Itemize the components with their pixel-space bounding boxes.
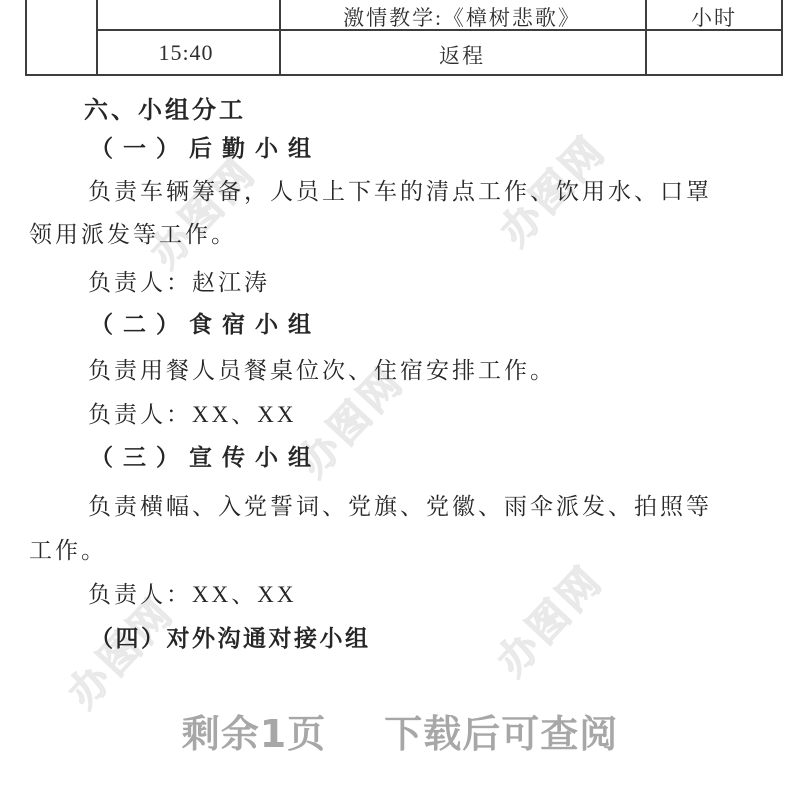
subheading-group-4: （四）对外沟通对接小组 xyxy=(90,620,371,653)
preview-footer-banner: 剩余1页 下载后可查阅 xyxy=(0,703,800,758)
body-line: 领用派发等工作。 xyxy=(29,216,237,249)
table-border-bottom xyxy=(25,74,783,76)
document-preview-page: 办图网 办图网 办图网 办图网 办图网 激情教学:《樟树悲歌》 小时 15:40… xyxy=(0,0,800,800)
table-border-vertical xyxy=(25,0,27,76)
body-line: 负责车辆筹备，人员上下车的清点工作、饮用水、口罩 xyxy=(88,173,712,206)
body-line: 工作。 xyxy=(29,532,107,565)
table-cell-activity-row1: 激情教学:《樟树悲歌》 xyxy=(343,2,581,32)
body-line-responsible-person: 负责人：XX、XX xyxy=(88,576,296,609)
section-heading: 六、小组分工 xyxy=(84,90,246,125)
subheading-group-2: （二）食宿小组 xyxy=(90,306,321,339)
table-border-vertical xyxy=(781,0,783,76)
body-line: 负责用餐人员餐桌位次、住宿安排工作。 xyxy=(88,352,556,385)
site-watermark: 办图网 xyxy=(482,551,614,686)
table-cell-time: 15:40 xyxy=(158,40,213,66)
table-border-vertical xyxy=(96,0,98,76)
body-line-responsible-person: 负责人：赵江涛 xyxy=(88,264,270,297)
table-border-vertical xyxy=(279,0,281,76)
subheading-group-1: （一）后勤小组 xyxy=(90,130,321,163)
body-line-responsible-person: 负责人：XX、XX xyxy=(88,396,296,429)
pages-remaining-label: 剩余1页 xyxy=(182,703,326,758)
table-cell-duration-unit: 小时 xyxy=(691,2,737,32)
site-watermark: 办图网 xyxy=(135,143,267,278)
body-line: 负责横幅、入党誓词、党旗、党徽、雨伞派发、拍照等 xyxy=(88,488,712,521)
subheading-group-3: （三）宣传小组 xyxy=(90,439,321,472)
table-border-vertical xyxy=(645,0,647,76)
download-hint-label: 下载后可查阅 xyxy=(384,703,618,758)
table-cell-activity-row2: 返程 xyxy=(439,40,485,70)
